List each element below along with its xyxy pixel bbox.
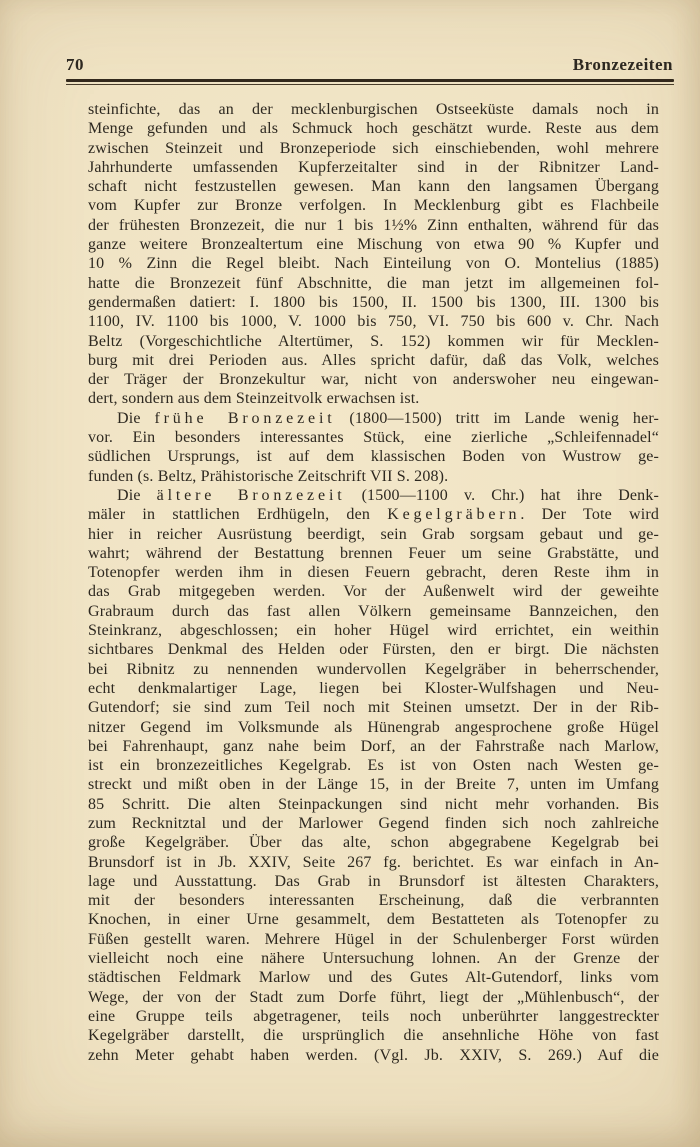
text-segment: Grabraum durch das fast allen Völkern ge… [88, 603, 659, 620]
text-segment: schaft nicht festzustellen gewesen. Man … [88, 178, 659, 195]
text-segment: zehn Meter gehabt haben werden. (Vgl. Jb… [88, 1047, 659, 1064]
text-segment: südlichen Ursprungs, ist auf dem klassis… [88, 448, 659, 465]
text-line: Kegelgräber darstellt, die ursprünglich … [88, 1026, 659, 1045]
text-segment: 85 Schritt. Die alten Steinpackungen sin… [88, 796, 659, 813]
text-segment: eine Gruppe teils abgetragener, teils no… [88, 1008, 659, 1025]
text-line: 85 Schritt. Die alten Steinpackungen sin… [88, 795, 659, 814]
text-line: Gutendorf; sie sind zum Teil noch mit St… [88, 698, 659, 717]
text-line: bei Ribnitz zu nennenden wundervollen Ke… [88, 660, 659, 679]
text-line: burg mit drei Perioden aus. Alles sprich… [88, 351, 659, 370]
text-line: Wege, der von der Stadt zum Dorfe führt,… [88, 988, 659, 1007]
text-line: Knochen, in einer Urne gesammelt, dem Be… [88, 910, 659, 929]
text-line: eine Gruppe teils abgetragener, teils no… [88, 1007, 659, 1026]
text-line: wahrt; während der Bestattung brennen Fe… [88, 544, 659, 563]
text-line: bei Fahrenhaupt, ganz nahe beim Dorf, an… [88, 737, 659, 756]
text-segment: Die [117, 487, 157, 504]
text-line: zum Recknitztal und der Marlower Gegend … [88, 814, 659, 833]
text-line: Menge gefunden und als Schmuck hoch gesc… [88, 119, 659, 138]
text-line: ganze weitere Bronzealtertum eine Mischu… [88, 235, 659, 254]
header-rule [66, 79, 674, 87]
text-segment: vor. Ein besonders interessantes Stück, … [88, 429, 659, 446]
text-segment: Menge gefunden und als Schmuck hoch gesc… [88, 120, 659, 137]
letterspaced-emphasis: frühe Bronzezeit [154, 410, 335, 427]
header-rule-thin [66, 84, 674, 85]
text-line: steinfichte, das an der mecklenburgische… [88, 100, 659, 119]
text-line: gendermaßen datiert: I. 1800 bis 1500, I… [88, 293, 659, 312]
text-line: Brunsdorf ist in Jb. XXIV, Seite 267 fg.… [88, 853, 659, 872]
text-segment: sichtbares Denkmal des Helden oder Fürst… [88, 641, 659, 658]
text-line: 1100, IV. 1100 bis 1000, V. 1000 bis 750… [88, 312, 659, 331]
text-line: Grabraum durch das fast allen Völkern ge… [88, 602, 659, 621]
text-line: südlichen Ursprungs, ist auf dem klassis… [88, 447, 659, 466]
text-segment: bei Fahrenhaupt, ganz nahe beim Dorf, an… [88, 738, 659, 755]
text-segment: bei Ribnitz zu nennenden wundervollen Ke… [88, 661, 659, 678]
book-page: 70 Bronzezeiten steinfichte, das an der … [0, 0, 700, 1147]
text-segment: burg mit drei Perioden aus. Alles sprich… [88, 352, 659, 369]
text-segment: echt denkmalartiger Lage, liegen bei Klo… [88, 680, 659, 697]
text-segment: ganze weitere Bronzealtertum eine Mischu… [88, 236, 659, 253]
text-segment: steinfichte, das an der mecklenburgische… [88, 101, 659, 118]
text-segment: . Der Tote wird [520, 506, 659, 523]
page-text: steinfichte, das an der mecklenburgische… [88, 100, 659, 1065]
text-line: Die frühe Bronzezeit (1800—1500) tritt i… [88, 409, 659, 428]
text-line: dert, sondern aus dem Steinzeitvolk erwa… [88, 389, 659, 408]
text-segment: 1100, IV. 1100 bis 1000, V. 1000 bis 750… [88, 313, 659, 330]
text-line: Beltz (Vorgeschichtliche Altertümer, S. … [88, 332, 659, 351]
text-segment: der Träger der Bronzekultur war, nicht v… [88, 371, 659, 388]
text-segment: funden (s. Beltz, Prähistorische Zeitsch… [88, 468, 448, 485]
text-segment: nitzer Gegend im Volksmunde als Hünengra… [88, 719, 659, 736]
text-segment: hier in reicher Ausrüstung beerdigt, sei… [88, 526, 659, 543]
letterspaced-emphasis: ältere Bronzezeit [157, 487, 346, 504]
text-segment: Knochen, in einer Urne gesammelt, dem Be… [88, 911, 659, 928]
text-line: nitzer Gegend im Volksmunde als Hünengra… [88, 718, 659, 737]
text-segment: mäler in stattlichen Erdhügeln, den [88, 506, 387, 523]
text-line: schaft nicht festzustellen gewesen. Man … [88, 177, 659, 196]
text-segment: Füßen gestellt waren. Mehrere Hügel in d… [88, 931, 659, 948]
text-line: vom Kupfer zur Bronze verfolgen. In Meck… [88, 196, 659, 215]
letterspaced-emphasis: Kegelgräbern [387, 506, 520, 523]
text-line: der frühesten Bronzezeit, die nur 1 bis … [88, 216, 659, 235]
text-line: 10 % Zinn die Regel bleibt. Nach Einteil… [88, 254, 659, 273]
text-segment: zum Recknitztal und der Marlower Gegend … [88, 815, 659, 832]
text-segment: der frühesten Bronzezeit, die nur 1 bis … [88, 217, 659, 234]
text-line: hatte die Bronzezeit fünf Abschnitte, di… [88, 274, 659, 293]
text-segment: ist ein bronzezeitliches Kegelgrab. Es i… [88, 757, 659, 774]
text-segment: Beltz (Vorgeschichtliche Altertümer, S. … [88, 333, 659, 350]
text-segment: (1500—1100 v. Chr.) hat ihre Denk- [346, 487, 659, 504]
text-segment: gendermaßen datiert: I. 1800 bis 1500, I… [88, 294, 659, 311]
text-segment: städtischen Feldmark Marlow und des Gute… [88, 969, 659, 986]
text-segment: Kegelgräber darstellt, die ursprünglich … [88, 1027, 659, 1044]
text-segment: (1800—1500) tritt im Lande wenig her- [336, 410, 659, 427]
text-line: sichtbares Denkmal des Helden oder Fürst… [88, 640, 659, 659]
text-line: echt denkmalartiger Lage, liegen bei Klo… [88, 679, 659, 698]
text-line: ist ein bronzezeitliches Kegelgrab. Es i… [88, 756, 659, 775]
text-segment: wahrt; während der Bestattung brennen Fe… [88, 545, 659, 562]
text-line: lage und Ausstattung. Das Grab in Brunsd… [88, 872, 659, 891]
running-title: Bronzezeiten [573, 55, 673, 75]
text-line: Die ältere Bronzezeit (1500—1100 v. Chr.… [88, 486, 659, 505]
text-segment: große Kegelgräber. Über das alte, schon … [88, 834, 659, 851]
text-segment: Wege, der von der Stadt zum Dorfe führt,… [88, 989, 659, 1006]
text-segment: vom Kupfer zur Bronze verfolgen. In Meck… [88, 197, 659, 214]
text-line: das Grab mitgegeben werden. Vor der Auße… [88, 582, 659, 601]
text-line: zwischen Steinzeit und Bronzeperiode sic… [88, 139, 659, 158]
text-segment: vielleicht noch eine nähere Untersuchung… [88, 950, 659, 967]
text-line: Steinkranz, abgeschlossen; ein hoher Hüg… [88, 621, 659, 640]
text-segment: dert, sondern aus dem Steinzeitvolk erwa… [88, 390, 419, 407]
text-line: große Kegelgräber. Über das alte, schon … [88, 833, 659, 852]
text-line: vielleicht noch eine nähere Untersuchung… [88, 949, 659, 968]
text-segment: das Grab mitgegeben werden. Vor der Auße… [88, 583, 659, 600]
text-line: Jahrhunderte umfassenden Kupferzeitalter… [88, 158, 659, 177]
text-line: funden (s. Beltz, Prähistorische Zeitsch… [88, 467, 659, 486]
text-line: der Träger der Bronzekultur war, nicht v… [88, 370, 659, 389]
text-line: hier in reicher Ausrüstung beerdigt, sei… [88, 525, 659, 544]
text-segment: Jahrhunderte umfassenden Kupferzeitalter… [88, 159, 659, 176]
text-segment: hatte die Bronzezeit fünf Abschnitte, di… [88, 275, 659, 292]
text-segment: 10 % Zinn die Regel bleibt. Nach Einteil… [88, 255, 659, 272]
text-segment: zwischen Steinzeit und Bronzeperiode sic… [88, 140, 659, 157]
text-segment: mit der besonders interessanten Erschein… [88, 892, 659, 909]
text-line: mäler in stattlichen Erdhügeln, den Kege… [88, 505, 659, 524]
text-segment: lage und Ausstattung. Das Grab in Brunsd… [88, 873, 659, 890]
page-number: 70 [66, 55, 84, 75]
text-line: Füßen gestellt waren. Mehrere Hügel in d… [88, 930, 659, 949]
text-line: vor. Ein besonders interessantes Stück, … [88, 428, 659, 447]
text-line: Totenopfer werden ihm in diesen Feuern g… [88, 563, 659, 582]
text-line: streckt und mißt oben in der Länge 15, i… [88, 775, 659, 794]
text-segment: streckt und mißt oben in der Länge 15, i… [88, 776, 659, 793]
text-line: zehn Meter gehabt haben werden. (Vgl. Jb… [88, 1046, 659, 1065]
header-rule-thick [66, 79, 674, 82]
text-segment: Totenopfer werden ihm in diesen Feuern g… [88, 564, 659, 581]
text-line: mit der besonders interessanten Erschein… [88, 891, 659, 910]
text-segment: Brunsdorf ist in Jb. XXIV, Seite 267 fg.… [88, 854, 659, 871]
text-segment: Die [117, 410, 154, 427]
text-segment: Steinkranz, abgeschlossen; ein hoher Hüg… [88, 622, 659, 639]
text-segment: Gutendorf; sie sind zum Teil noch mit St… [88, 699, 659, 716]
page-header: 70 Bronzezeiten [66, 55, 673, 75]
text-line: städtischen Feldmark Marlow und des Gute… [88, 968, 659, 987]
